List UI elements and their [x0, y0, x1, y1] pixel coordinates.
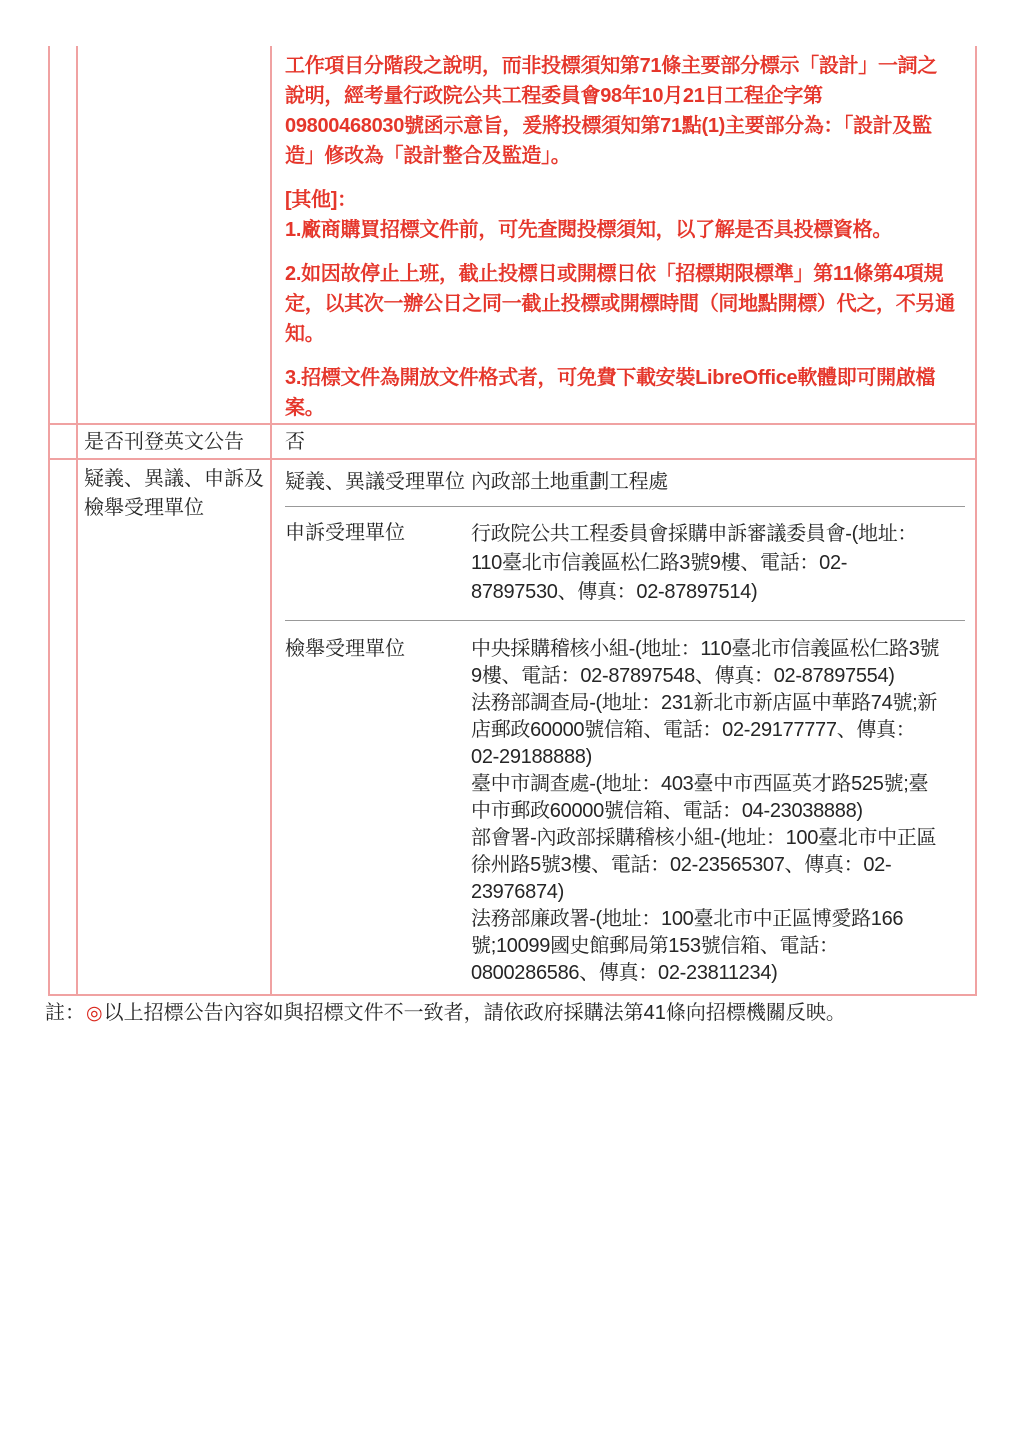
- table-row-accepting-units: 疑義、異議、申訴及檢舉受理單位 疑義、異議受理單位 內政部土地重劃工程處 申訴受…: [50, 460, 975, 994]
- spanned-category-cell: [50, 425, 78, 458]
- dispute-unit-label: 疑義、異議受理單位: [285, 469, 471, 496]
- english-announcement-label: 是否刊登英文公告: [78, 425, 272, 458]
- footer-note: 註：◎以上招標公告內容如與招標文件不一致者，請依政府採購法第41條向招標機關反映…: [45, 1000, 846, 1027]
- remark-paragraph: 工作項目分階段之說明，而非投標須知第71條主要部分標示「設計」一詞之說明，經考量…: [285, 51, 965, 171]
- other-remarks-text: 工作項目分階段之說明，而非投標須知第71條主要部分標示「設計」一詞之說明，經考量…: [272, 46, 975, 423]
- sub-row-dispute-unit: 疑義、異議受理單位 內政部土地重劃工程處: [285, 460, 965, 506]
- remark-paragraph: [其他]：1.廠商購買招標文件前，可先查閱投標須知，以了解是否具投標資格。: [285, 185, 965, 245]
- note-text: 以上招標公告內容如與招標文件不一致者，請依政府採購法第41條向招標機關反映。: [104, 1002, 846, 1024]
- english-announcement-value: 否: [272, 425, 975, 458]
- note-prefix: 註：: [45, 1002, 85, 1024]
- remark-paragraph: 2.如因故停止上班，截止投標日或開標日依「招標期限標準」第11條第4項規定，以其…: [285, 259, 965, 349]
- accepting-units-detail: 疑義、異議受理單位 內政部土地重劃工程處 申訴受理單位 行政院公共工程委員會採購…: [272, 460, 975, 994]
- sub-row-report-unit: 檢舉受理單位 中央採購稽核小組-(地址：110臺北市信義區松仁路3號9樓、電話：…: [285, 621, 965, 994]
- report-unit-label: 檢舉受理單位: [285, 636, 471, 987]
- other-remarks-label-cell: [78, 46, 272, 423]
- spanned-category-cell: [50, 46, 78, 423]
- dispute-unit-value: 內政部土地重劃工程處: [471, 469, 965, 496]
- appeal-unit-value: 行政院公共工程委員會採購申訴審議委員會-(地址：110臺北市信義區松仁路3號9樓…: [471, 520, 965, 607]
- bullseye-icon: ◎: [85, 1003, 104, 1024]
- table-row-other-remarks: 工作項目分階段之說明，而非投標須知第71條主要部分標示「設計」一詞之說明，經考量…: [50, 46, 975, 425]
- report-unit-value: 中央採購稽核小組-(地址：110臺北市信義區松仁路3號9樓、電話：02-8789…: [471, 636, 965, 987]
- procurement-announcement-table: 工作項目分階段之說明，而非投標須知第71條主要部分標示「設計」一詞之說明，經考量…: [48, 46, 977, 996]
- remark-paragraph: 3.招標文件為開放文件格式者，可免費下載安裝LibreOffice軟體即可開啟檔…: [285, 363, 965, 423]
- appeal-unit-label: 申訴受理單位: [285, 520, 471, 607]
- sub-row-appeal-unit: 申訴受理單位 行政院公共工程委員會採購申訴審議委員會-(地址：110臺北市信義區…: [285, 507, 965, 620]
- accepting-units-label: 疑義、異議、申訴及檢舉受理單位: [78, 460, 272, 994]
- spanned-category-cell: [50, 460, 78, 994]
- table-row-english-announcement: 是否刊登英文公告 否: [50, 425, 975, 460]
